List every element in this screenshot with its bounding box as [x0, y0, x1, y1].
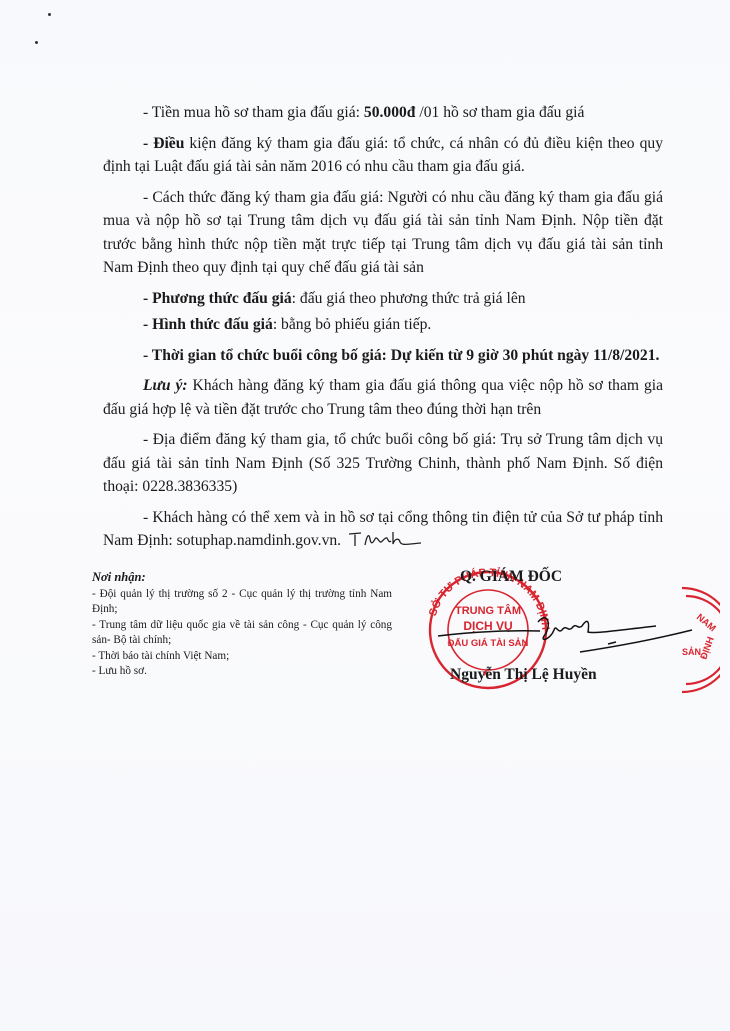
recipients-block: Nơi nhận: - Đội quản lý thị trường số 2 …: [92, 570, 392, 680]
website-paragraph: - Khách hàng có thể xem và in hồ sơ tại …: [103, 506, 663, 553]
signer-title: Q. GIÁM ĐỐC: [460, 568, 562, 586]
registration-method-paragraph: - Cách thức đăng ký tham gia đấu giá: Ng…: [103, 186, 663, 280]
svg-text:TRUNG TÂM: TRUNG TÂM: [455, 604, 521, 617]
recipient-item: - Trung tâm dữ liệu quốc gia về tài sản …: [92, 618, 392, 649]
auction-form-paragraph: - Hình thức đấu giá: bằng bỏ phiếu gián …: [103, 313, 663, 337]
svg-text:ĐỊNH: ĐỊNH: [698, 635, 716, 661]
scan-speck: [35, 41, 38, 44]
signer-name: Nguyễn Thị Lệ Huyền: [450, 666, 597, 684]
eligibility-paragraph: - Điều kiện đăng ký tham gia đấu giá: tổ…: [103, 132, 663, 179]
fee-paragraph: - Tiền mua hồ sơ tham gia đấu giá: 50.00…: [103, 101, 663, 125]
scan-speck: [48, 13, 51, 16]
recipient-item: - Đội quản lý thị trường số 2 - Cục quản…: [92, 587, 392, 618]
location-paragraph: - Địa điểm đăng ký tham gia, tổ chức buổ…: [103, 428, 663, 499]
fee-amount: 50.000đ: [364, 104, 416, 121]
recipient-item: - Thời báo tài chính Việt Nam;: [92, 649, 392, 665]
auction-method-paragraph: - Phương thức đấu giá: đấu giá theo phươ…: [103, 287, 663, 311]
note-paragraph: Lưu ý: Khách hàng đăng ký tham gia đấu g…: [103, 374, 663, 421]
recipient-item: - Lưu hồ sơ.: [92, 664, 392, 680]
svg-text:SẢN: SẢN: [682, 646, 701, 657]
schedule-paragraph: - Thời gian tổ chức buổi công bố giá: Dự…: [103, 344, 663, 368]
svg-text:ĐẤU GIÁ TÀI SẢN: ĐẤU GIÁ TÀI SẢN: [448, 637, 529, 649]
handwritten-initials-icon: [345, 529, 425, 549]
svg-text:NAM: NAM: [694, 612, 718, 634]
recipients-title: Nơi nhận:: [92, 570, 392, 586]
document-page: - Tiền mua hồ sơ tham gia đấu giá: 50.00…: [0, 0, 730, 1031]
signature-block: SỞ TƯ PHÁP TỈNH NAM ĐỊNH TRUNG TÂM DỊCH …: [420, 560, 720, 700]
document-body: - Tiền mua hồ sơ tham gia đấu giá: 50.00…: [103, 101, 663, 560]
